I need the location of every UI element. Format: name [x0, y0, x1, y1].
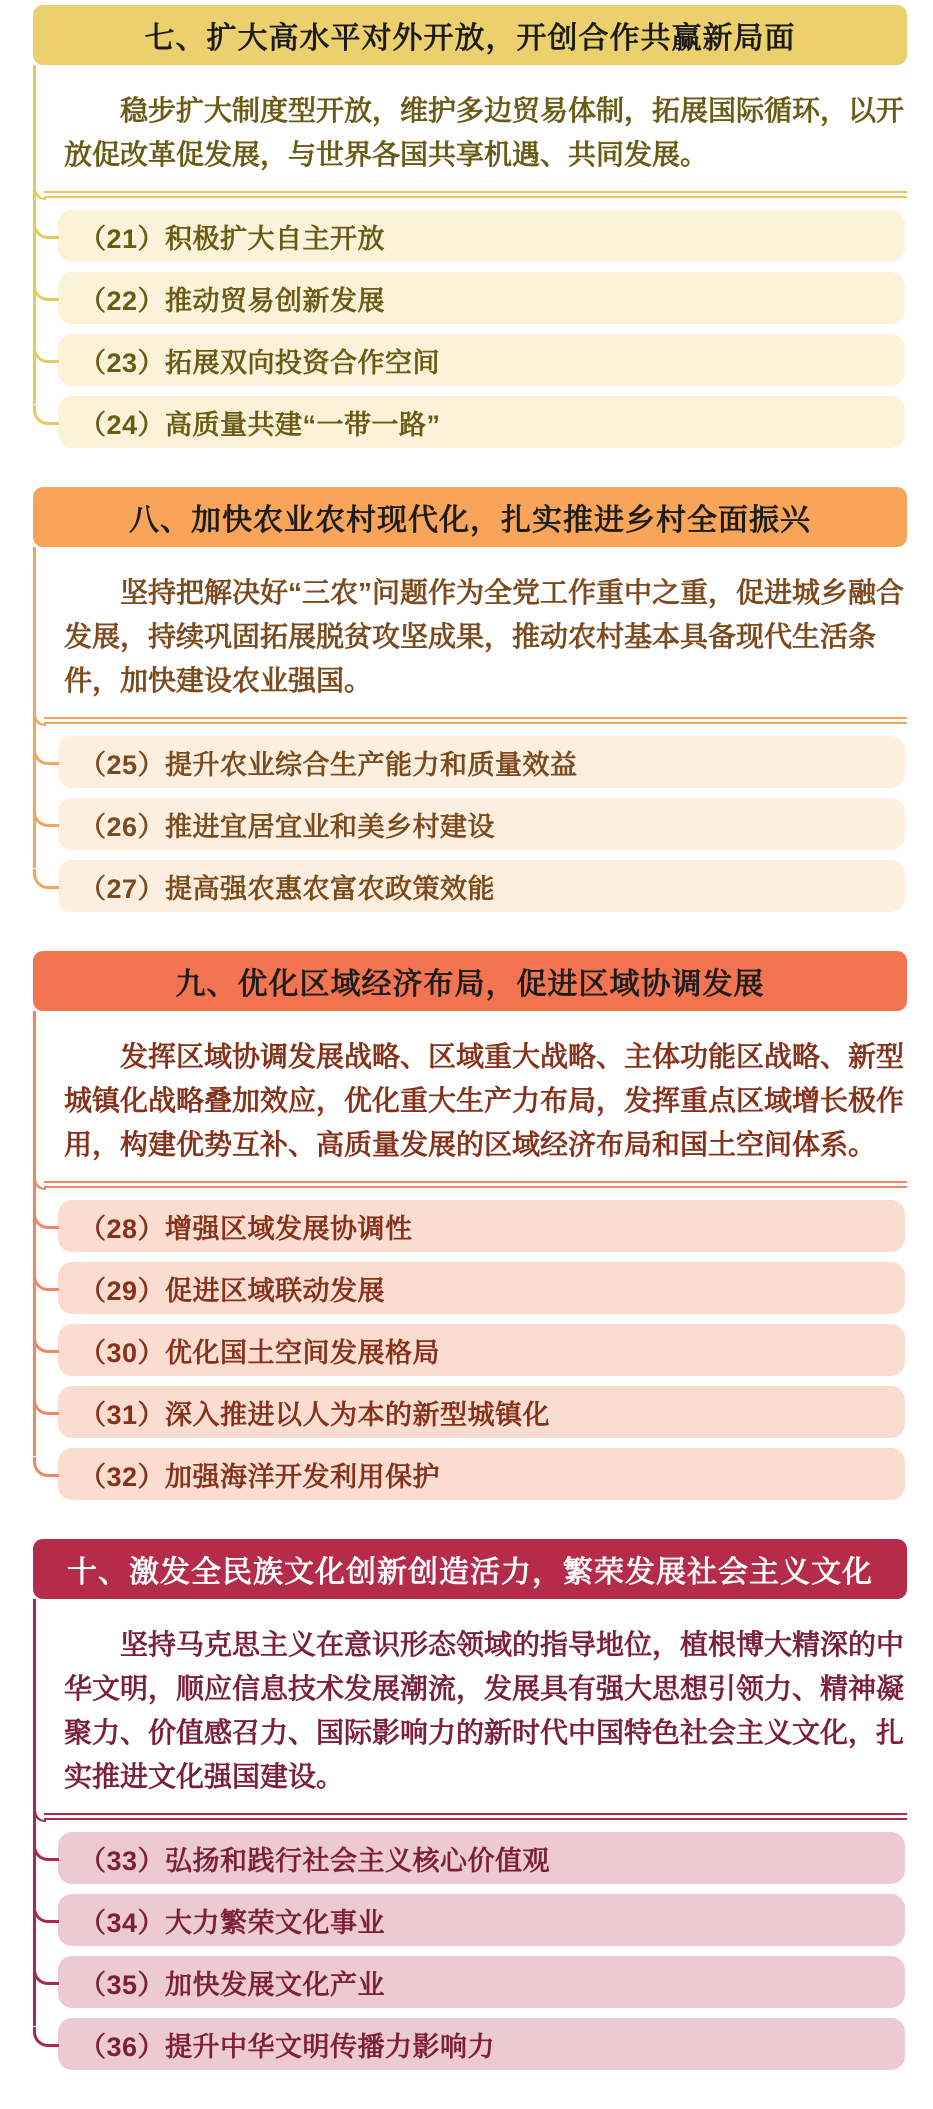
section-nine: 九、优化区域经济布局，促进区域协调发展 发挥区域协调发展战略、区域重大战略、主体… [0, 951, 933, 1500]
section-eight-title: 八、加快农业农村现代化，扎实推进乡村全面振兴 [33, 487, 907, 547]
section-seven-items: （21）积极扩大自主开放 （22）推动贸易创新发展 （23）拓展双向投资合作空间… [58, 210, 905, 448]
section-ten-items: （33）弘扬和践行社会主义核心价值观 （34）大力繁荣文化事业 （35）加快发展… [58, 1832, 905, 2070]
separator-line [44, 1181, 907, 1188]
section-seven-title: 七、扩大高水平对外开放，开创合作共赢新局面 [33, 5, 907, 65]
section-nine-items: （28）增强区域发展协调性 （29）促进区域联动发展 （30）优化国土空间发展格… [58, 1200, 905, 1500]
list-item: （25）提升农业综合生产能力和质量效益 [58, 736, 905, 788]
section-seven-summary: 稳步扩大制度型开放，维护多边贸易体制，拓展国际循环，以开放促改革促发展，与世界各… [0, 65, 933, 191]
list-item: （26）推进宜居宜业和美乡村建设 [58, 798, 905, 850]
section-nine-summary: 发挥区域协调发展战略、区域重大战略、主体功能区战略、新型城镇化战略叠加效应，优化… [0, 1011, 933, 1181]
list-item: （28）增强区域发展协调性 [58, 1200, 905, 1252]
list-item: （21）积极扩大自主开放 [58, 210, 905, 262]
section-ten: 十、激发全民族文化创新创造活力，繁荣发展社会主义文化 坚持马克思主义在意识形态领… [0, 1539, 933, 2070]
section-nine-title: 九、优化区域经济布局，促进区域协调发展 [33, 951, 907, 1011]
separator-line [44, 191, 907, 198]
list-item: （27）提高强农惠农富农政策效能 [58, 860, 905, 912]
connector-rail [33, 1011, 36, 1456]
section-eight-items: （25）提升农业综合生产能力和质量效益 （26）推进宜居宜业和美乡村建设 （27… [58, 736, 905, 912]
list-item: （34）大力繁荣文化事业 [58, 1894, 905, 1946]
infographic-page: 七、扩大高水平对外开放，开创合作共赢新局面 稳步扩大制度型开放，维护多边贸易体制… [0, 0, 933, 2070]
list-item: （35）加快发展文化产业 [58, 1956, 905, 2008]
list-item: （33）弘扬和践行社会主义核心价值观 [58, 1832, 905, 1884]
section-eight-content: 坚持把解决好“三农”问题作为全党工作重中之重，促进城乡融合发展，持续巩固拓展脱贫… [0, 547, 933, 912]
list-item: （31）深入推进以人为本的新型城镇化 [58, 1386, 905, 1438]
section-eight-summary: 坚持把解决好“三农”问题作为全党工作重中之重，促进城乡融合发展，持续巩固拓展脱贫… [0, 547, 933, 717]
list-item: （29）促进区域联动发展 [58, 1262, 905, 1314]
list-item: （23）拓展双向投资合作空间 [58, 334, 905, 386]
section-nine-content: 发挥区域协调发展战略、区域重大战略、主体功能区战略、新型城镇化战略叠加效应，优化… [0, 1011, 933, 1500]
section-ten-content: 坚持马克思主义在意识形态领域的指导地位，植根博大精深的中华文明，顺应信息技术发展… [0, 1599, 933, 2070]
section-eight: 八、加快农业农村现代化，扎实推进乡村全面振兴 坚持把解决好“三农”问题作为全党工… [0, 487, 933, 912]
list-item: （24）高质量共建“一带一路” [58, 396, 905, 448]
list-item: （22）推动贸易创新发展 [58, 272, 905, 324]
section-seven-content: 稳步扩大制度型开放，维护多边贸易体制，拓展国际循环，以开放促改革促发展，与世界各… [0, 65, 933, 448]
separator-line [44, 717, 907, 724]
list-item: （30）优化国土空间发展格局 [58, 1324, 905, 1376]
list-item: （36）提升中华文明传播力影响力 [58, 2018, 905, 2070]
section-ten-title: 十、激发全民族文化创新创造活力，繁荣发展社会主义文化 [33, 1539, 907, 1599]
separator-line [44, 1813, 907, 1820]
section-seven: 七、扩大高水平对外开放，开创合作共赢新局面 稳步扩大制度型开放，维护多边贸易体制… [0, 5, 933, 448]
section-ten-summary: 坚持马克思主义在意识形态领域的指导地位，植根博大精深的中华文明，顺应信息技术发展… [0, 1599, 933, 1813]
list-item: （32）加强海洋开发利用保护 [58, 1448, 905, 1500]
